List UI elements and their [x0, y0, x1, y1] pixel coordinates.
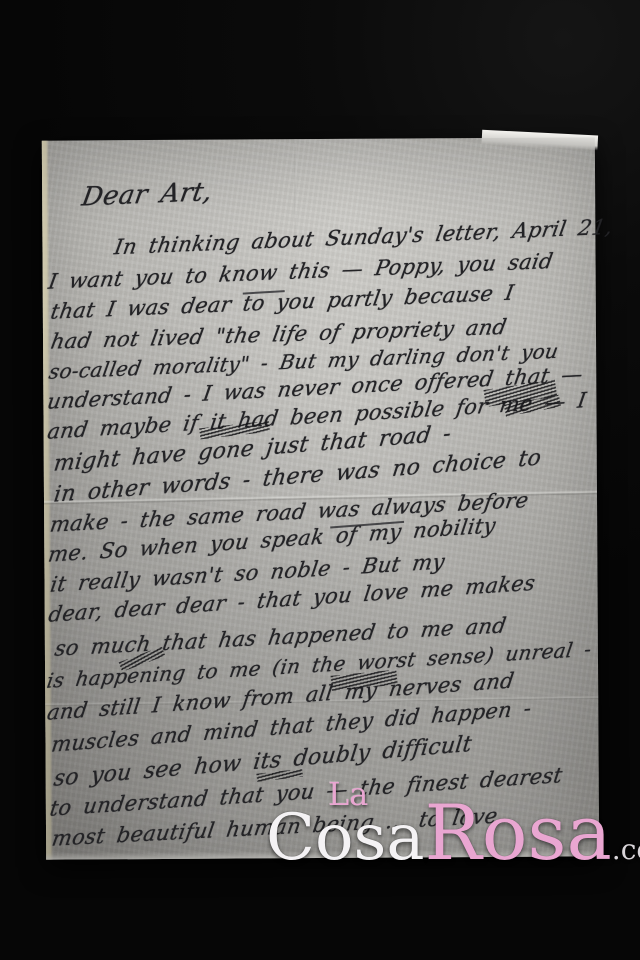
letter-salutation: Dear Art, — [80, 179, 214, 211]
letter-paper: Dear Art, In thinking about Sunday's let… — [42, 137, 599, 859]
watermark-com-text: .com — [612, 833, 640, 866]
watermark-logo: CosaRosa.com — [266, 795, 640, 871]
watermark-rosa-text: Rosa — [425, 788, 612, 877]
photo-background: Dear Art, In thinking about Sunday's let… — [0, 0, 640, 960]
watermark-la-text: La — [328, 778, 368, 810]
letter-body: Dear Art, In thinking about Sunday's let… — [42, 137, 599, 859]
